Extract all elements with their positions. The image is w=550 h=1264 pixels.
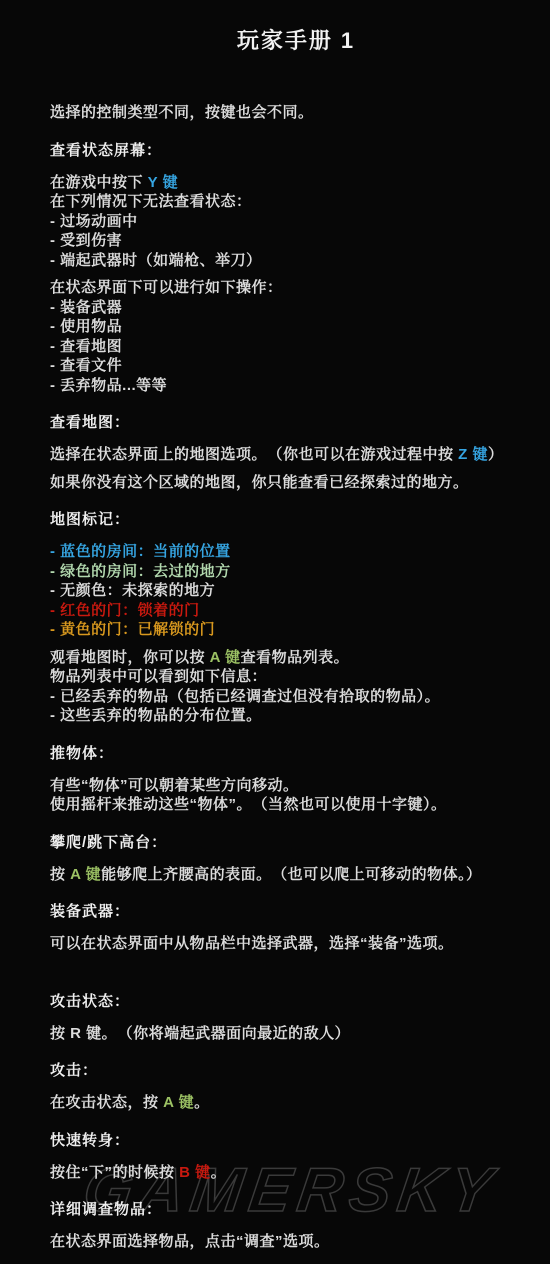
map-legend-item: - 蓝色的房间：当前的位置 xyxy=(50,542,542,562)
section-heading: 推物体： xyxy=(50,744,542,764)
paragraph: 按 A 键能够爬上齐腰高的表面。 （也可以爬上可移动的物体。） xyxy=(50,865,542,885)
text-line: - 使用物品 xyxy=(50,317,542,337)
key-label-b: B 键 xyxy=(179,1164,211,1181)
text-line: 按 R 键。 （你将端起武器面向最近的敌人） xyxy=(50,1024,542,1044)
text-line: 使用摇杆来推动这些“物体”。 （当然也可以使用十字键）。 xyxy=(50,795,542,815)
text-segment: 在状态界面下可以进行如下操作： xyxy=(50,279,283,296)
paragraph: 在攻击状态，按 A 键。 xyxy=(50,1093,542,1113)
text-segment: 有些“物体”可以朝着某些方向移动。 xyxy=(50,777,299,794)
paragraph: 有些“物体”可以朝着某些方向移动。使用摇杆来推动这些“物体”。 （当然也可以使用… xyxy=(50,776,542,815)
text-line: 有些“物体”可以朝着某些方向移动。 xyxy=(50,776,542,796)
manual-section: 装备武器：可以在状态界面中从物品栏中选择武器，选择“装备”选项。 xyxy=(50,902,542,954)
manual-section: 查看状态屏幕：在游戏中按下 Y 键在下列情况下无法查看状态：- 过场动画中- 受… xyxy=(50,141,542,396)
text-line: 物品列表中可以看到如下信息： xyxy=(50,667,542,687)
map-legend-item: - 黄色的门：已解锁的门 xyxy=(50,620,542,640)
text-line: 选择在状态界面上的地图选项。 （你也可以在游戏过程中按 Z 键） xyxy=(50,445,542,465)
section-heading: 攻击状态： xyxy=(50,992,542,1012)
text-segment: 在攻击状态，按 xyxy=(50,1094,163,1111)
text-line: 按 A 键能够爬上齐腰高的表面。 （也可以爬上可移动的物体。） xyxy=(50,865,542,885)
text-line: 在游戏中按下 Y 键 xyxy=(50,173,542,193)
section-heading: 查看状态屏幕： xyxy=(50,141,542,161)
text-segment: - 蓝色的房间：当前的位置 xyxy=(50,543,231,560)
text-line: 选择的控制类型不同，按键也会不同。 xyxy=(50,103,542,123)
text-line: 在下列情况下无法查看状态： xyxy=(50,192,542,212)
text-segment: 如果你没有这个区域的地图，你只能查看已经探索过的地方。 xyxy=(50,474,469,491)
text-segment: 使用摇杆来推动这些“物体”。 （当然也可以使用十字键）。 xyxy=(50,796,447,813)
manual-section: 地图标记：- 蓝色的房间：当前的位置- 绿色的房间：去过的地方- 无颜色：未探索… xyxy=(50,510,542,726)
manual-section: 选择的控制类型不同，按键也会不同。 xyxy=(50,103,542,123)
section-heading: 查看地图： xyxy=(50,413,542,433)
text-segment: 选择在状态界面上的地图选项。 （你也可以在游戏过程中按 xyxy=(50,446,458,463)
manual-section: 推物体：有些“物体”可以朝着某些方向移动。使用摇杆来推动这些“物体”。 （当然也… xyxy=(50,744,542,815)
text-segment: - 受到伤害 xyxy=(50,232,122,249)
text-segment: - 使用物品 xyxy=(50,318,122,335)
text-line: - 丢弃物品...等等 xyxy=(50,376,542,396)
manual-document: 选择的控制类型不同，按键也会不同。查看状态屏幕：在游戏中按下 Y 键在下列情况下… xyxy=(50,103,542,1252)
text-segment: 查看物品列表。 xyxy=(241,649,350,666)
text-segment: 在状态界面选择物品，点击“调查”选项。 xyxy=(50,1233,330,1250)
key-label-z: Z 键 xyxy=(458,446,488,463)
text-segment: - 这些丢弃的物品的分布位置。 xyxy=(50,707,262,724)
text-segment: 。 xyxy=(211,1164,227,1181)
manual-page: GAMERSKY 玩家手册 1 选择的控制类型不同，按键也会不同。查看状态屏幕：… xyxy=(0,0,550,1264)
map-legend-item: - 绿色的房间：去过的地方 xyxy=(50,562,542,582)
text-segment: - 丢弃物品...等等 xyxy=(50,377,167,394)
text-segment: 能够爬上齐腰高的表面。 （也可以爬上可移动的物体。） xyxy=(101,866,482,883)
paragraph: 可以在状态界面中从物品栏中选择武器，选择“装备”选项。 xyxy=(50,934,542,954)
manual-section: 查看地图：选择在状态界面上的地图选项。 （你也可以在游戏过程中按 Z 键）如果你… xyxy=(50,413,542,492)
text-segment: - 端起武器时（如端枪、举刀） xyxy=(50,252,262,269)
map-legend-item: - 无颜色：未探索的地方 xyxy=(50,581,542,601)
manual-content: 玩家手册 1 选择的控制类型不同，按键也会不同。查看状态屏幕：在游戏中按下 Y … xyxy=(0,0,550,1252)
text-segment: - 已经丢弃的物品（包括已经调查过但没有拾取的物品）。 xyxy=(50,688,440,705)
section-heading: 地图标记： xyxy=(50,510,542,530)
text-segment: 观看地图时，你可以按 xyxy=(50,649,210,666)
paragraph: 在状态界面选择物品，点击“调查”选项。 xyxy=(50,1232,542,1252)
text-line: - 过场动画中 xyxy=(50,212,542,232)
paragraph: 按住“下”的时候按 B 键。 xyxy=(50,1163,542,1183)
page-title: 玩家手册 1 xyxy=(50,0,542,54)
text-segment: - 查看地图 xyxy=(50,338,122,355)
text-segment: - 装备武器 xyxy=(50,299,122,316)
text-line: 在状态界面选择物品，点击“调查”选项。 xyxy=(50,1232,542,1252)
section-heading: 快速转身： xyxy=(50,1131,542,1151)
text-segment: 按 R 键。 （你将端起武器面向最近的敌人） xyxy=(50,1025,350,1042)
text-segment: - 查看文件 xyxy=(50,357,122,374)
text-segment: 按 xyxy=(50,866,70,883)
manual-section: 攻击：在攻击状态，按 A 键。 xyxy=(50,1061,542,1113)
manual-section: 攻击状态：按 R 键。 （你将端起武器面向最近的敌人） xyxy=(50,992,542,1044)
text-segment: 在游戏中按下 xyxy=(50,174,148,191)
text-line: 在状态界面下可以进行如下操作： xyxy=(50,278,542,298)
text-line: - 受到伤害 xyxy=(50,231,542,251)
text-segment: 可以在状态界面中从物品栏中选择武器，选择“装备”选项。 xyxy=(50,935,454,952)
text-line: 观看地图时，你可以按 A 键查看物品列表。 xyxy=(50,648,542,668)
text-segment: - 绿色的房间：去过的地方 xyxy=(50,563,231,580)
paragraph: 观看地图时，你可以按 A 键查看物品列表。物品列表中可以看到如下信息：- 已经丢… xyxy=(50,648,542,726)
paragraph: 如果你没有这个区域的地图，你只能查看已经探索过的地方。 xyxy=(50,473,542,493)
key-label-a: A 键 xyxy=(210,649,241,666)
section-heading: 详细调查物品： xyxy=(50,1200,542,1220)
text-segment: 按住“下”的时候按 xyxy=(50,1164,179,1181)
key-label-a: A 键 xyxy=(163,1094,194,1111)
text-line: - 已经丢弃的物品（包括已经调查过但没有拾取的物品）。 xyxy=(50,687,542,707)
manual-section: 快速转身：按住“下”的时候按 B 键。 xyxy=(50,1131,542,1183)
paragraph: 选择在状态界面上的地图选项。 （你也可以在游戏过程中按 Z 键） xyxy=(50,445,542,465)
text-segment: 选择的控制类型不同，按键也会不同。 xyxy=(50,104,314,121)
text-line: 如果你没有这个区域的地图，你只能查看已经探索过的地方。 xyxy=(50,473,542,493)
paragraph: 按 R 键。 （你将端起武器面向最近的敌人） xyxy=(50,1024,542,1044)
manual-section: 攀爬/跳下高台：按 A 键能够爬上齐腰高的表面。 （也可以爬上可移动的物体。） xyxy=(50,833,542,885)
text-segment: - 过场动画中 xyxy=(50,213,138,230)
text-segment: 物品列表中可以看到如下信息： xyxy=(50,668,267,685)
section-heading: 装备武器： xyxy=(50,902,542,922)
paragraph: 在游戏中按下 Y 键在下列情况下无法查看状态：- 过场动画中- 受到伤害- 端起… xyxy=(50,173,542,271)
text-segment: - 红色的门：锁着的门 xyxy=(50,602,200,619)
text-segment: - 黄色的门：已解锁的门 xyxy=(50,621,215,638)
text-segment: ） xyxy=(488,446,504,463)
section-heading: 攀爬/跳下高台： xyxy=(50,833,542,853)
text-line: 按住“下”的时候按 B 键。 xyxy=(50,1163,542,1183)
text-line: - 这些丢弃的物品的分布位置。 xyxy=(50,706,542,726)
key-label-a: A 键 xyxy=(70,866,101,883)
text-line: 可以在状态界面中从物品栏中选择武器，选择“装备”选项。 xyxy=(50,934,542,954)
text-line: - 装备武器 xyxy=(50,298,542,318)
paragraph: - 蓝色的房间：当前的位置- 绿色的房间：去过的地方- 无颜色：未探索的地方- … xyxy=(50,542,542,640)
text-segment: - 无颜色：未探索的地方 xyxy=(50,582,215,599)
text-line: - 查看地图 xyxy=(50,337,542,357)
section-heading: 攻击： xyxy=(50,1061,542,1081)
text-segment: 在下列情况下无法查看状态： xyxy=(50,193,252,210)
paragraph: 选择的控制类型不同，按键也会不同。 xyxy=(50,103,542,123)
manual-section: 详细调查物品：在状态界面选择物品，点击“调查”选项。 xyxy=(50,1200,542,1252)
key-label-y: Y 键 xyxy=(148,174,178,191)
text-line: 在攻击状态，按 A 键。 xyxy=(50,1093,542,1113)
text-segment: 。 xyxy=(194,1094,210,1111)
map-legend-item: - 红色的门：锁着的门 xyxy=(50,601,542,621)
text-line: - 查看文件 xyxy=(50,356,542,376)
text-line: - 端起武器时（如端枪、举刀） xyxy=(50,251,542,271)
paragraph: 在状态界面下可以进行如下操作：- 装备武器- 使用物品- 查看地图- 查看文件-… xyxy=(50,278,542,395)
